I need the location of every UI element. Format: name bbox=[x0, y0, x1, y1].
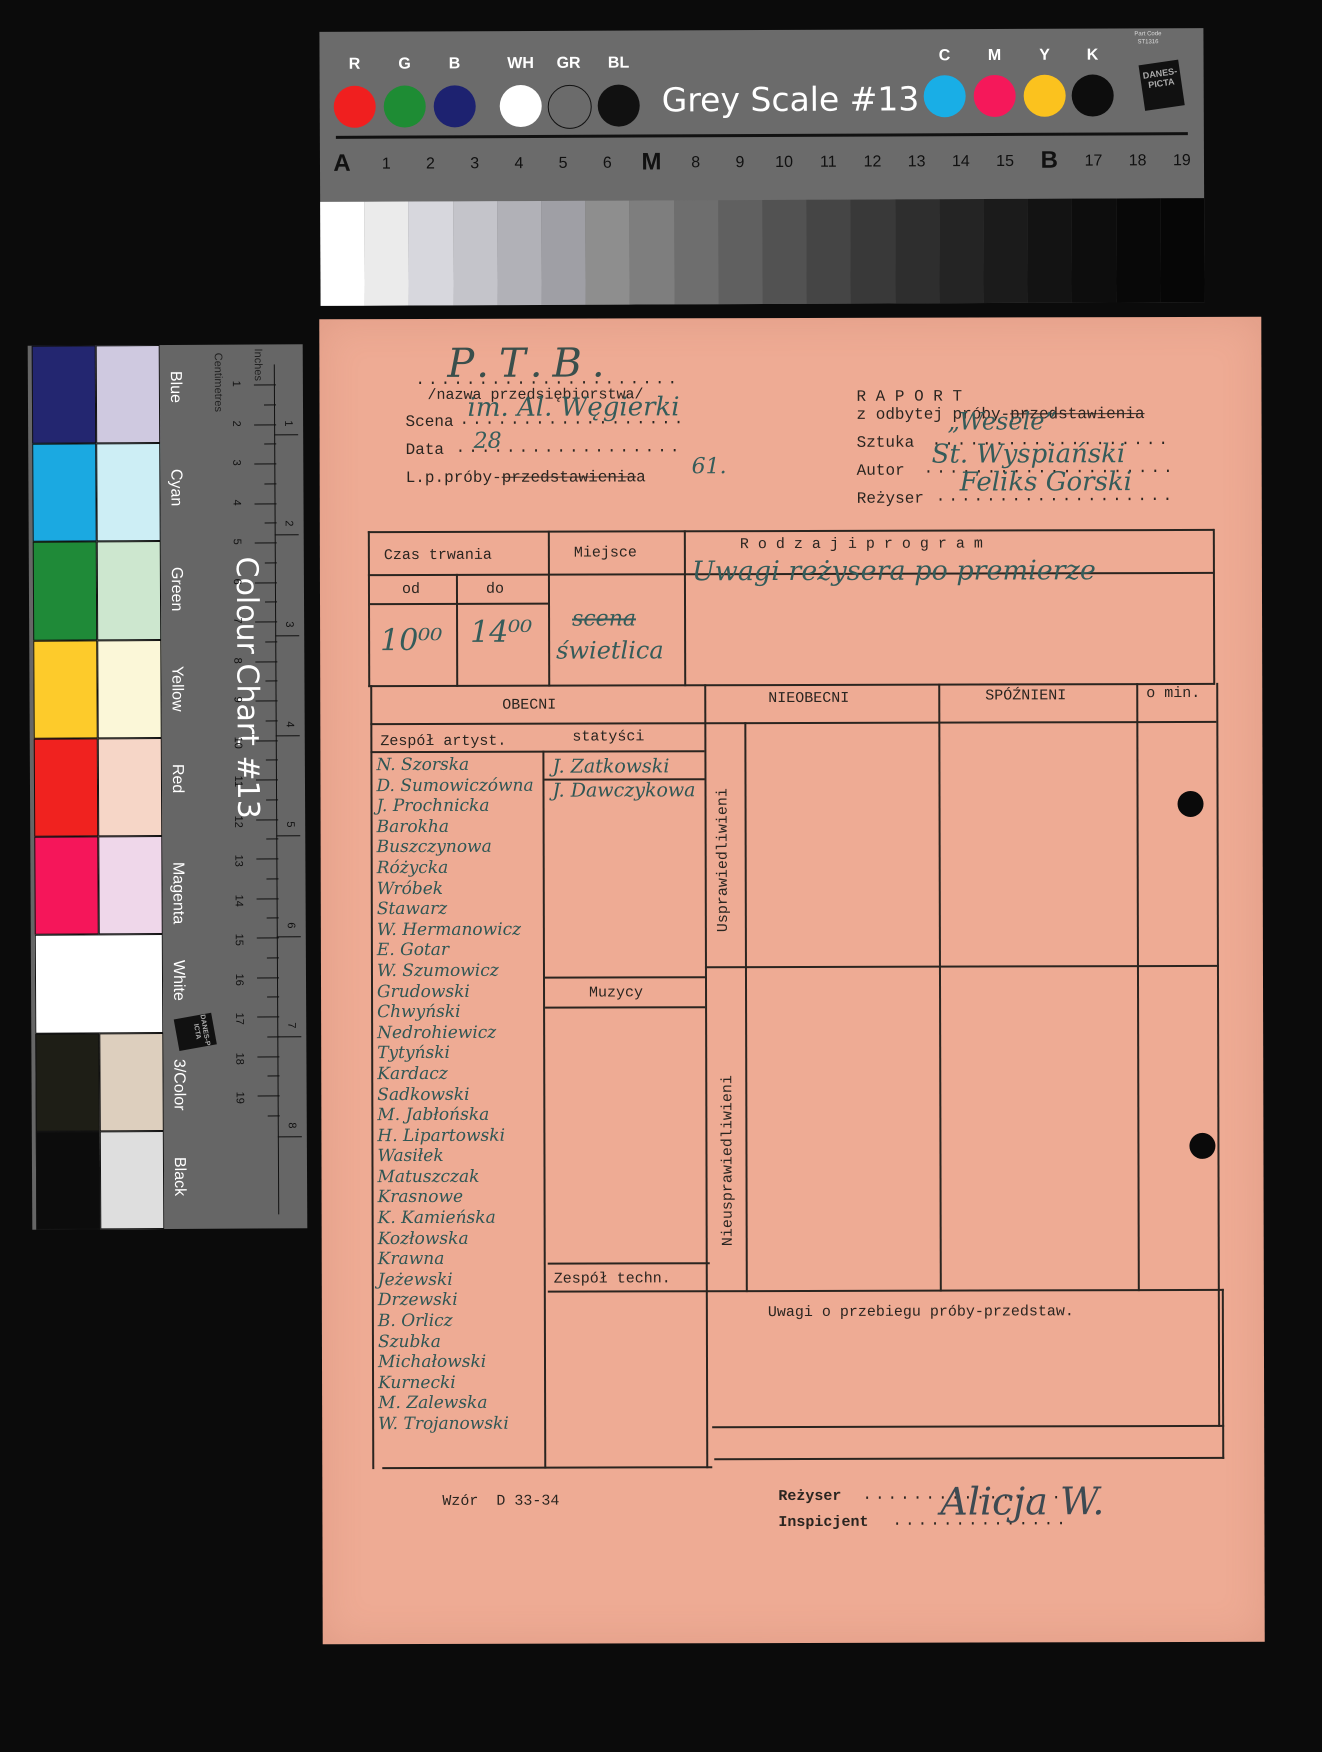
artist-name: Sadkowski bbox=[377, 1084, 534, 1105]
grey-step-label: 19 bbox=[1162, 152, 1202, 170]
rule bbox=[368, 683, 1214, 687]
artist-name: Matuszczak bbox=[377, 1167, 534, 1188]
artist-name: D. Sumowiczówna bbox=[376, 775, 533, 796]
footer-inspicjent-label: Inspicjent bbox=[778, 1514, 868, 1531]
color-swatch bbox=[334, 86, 376, 128]
statysci-header: statyści bbox=[572, 728, 644, 745]
color-swatch bbox=[1072, 74, 1114, 116]
rule bbox=[938, 684, 942, 1292]
rule bbox=[704, 684, 708, 1468]
data-value: 28 bbox=[474, 429, 502, 454]
grey-step-label: 6 bbox=[587, 155, 627, 173]
muzycy-header: Muzycy bbox=[589, 984, 643, 1001]
grey-step-label: 5 bbox=[543, 155, 583, 173]
ruler-unit-inches: Inches bbox=[252, 348, 264, 380]
colour-label: 3/Color bbox=[169, 1058, 187, 1110]
scena-label: Scena bbox=[406, 413, 454, 431]
grey-step bbox=[320, 202, 365, 306]
rule bbox=[382, 1466, 712, 1469]
colour-patch-red-tint bbox=[98, 738, 163, 837]
cm-mark: 13 bbox=[232, 855, 244, 867]
grey-step-label: 8 bbox=[676, 154, 716, 172]
grey-scale-strip bbox=[320, 198, 1204, 306]
cm-mark: 14 bbox=[233, 894, 245, 906]
colour-patch-yellow bbox=[33, 640, 98, 739]
colour-label: White bbox=[169, 960, 187, 1001]
colour-patch-yellow-tint bbox=[97, 640, 162, 739]
artist-name: Jeżewski bbox=[378, 1270, 535, 1291]
artist-name: H. Lipartowski bbox=[377, 1125, 534, 1146]
part-code: Part Code ST1316 bbox=[1134, 30, 1161, 46]
artist-name: Kozłowska bbox=[378, 1228, 535, 1249]
data-label: Data bbox=[406, 441, 444, 459]
color-swatch bbox=[1024, 75, 1066, 117]
nieobecni-header: NIEOBECNI bbox=[768, 690, 849, 707]
colour-patch-cyan bbox=[32, 444, 97, 543]
cm-mark: 12 bbox=[232, 815, 244, 827]
sztuka-value: „Wesele” bbox=[948, 407, 1057, 435]
artist-name: Krasnowe bbox=[378, 1187, 535, 1208]
colour-label: Blue bbox=[166, 371, 184, 403]
swatch-label: R bbox=[333, 56, 377, 74]
inch-mark: 5 bbox=[284, 822, 296, 828]
grey-step bbox=[409, 201, 454, 305]
grey-step-label: 3 bbox=[455, 155, 495, 173]
colour-patch-3-color-tint bbox=[99, 1033, 164, 1132]
grey-step-label: 4 bbox=[499, 155, 539, 173]
artist-name: Buszczynowa bbox=[377, 837, 534, 858]
inch-mark: 7 bbox=[285, 1022, 297, 1028]
miejsce-struck: scena bbox=[572, 606, 636, 631]
artist-name: Drzewski bbox=[378, 1290, 535, 1311]
swatch-label: C bbox=[922, 47, 966, 65]
grey-step-label: 14 bbox=[941, 153, 981, 171]
sztuka-label: Sztuka bbox=[857, 434, 915, 452]
grey-step bbox=[895, 199, 940, 303]
grey-step-label: M bbox=[631, 148, 671, 176]
colour-patch-white bbox=[35, 934, 164, 1033]
brand-logo: DANES-PICTA bbox=[1139, 60, 1185, 111]
grey-step bbox=[806, 200, 851, 304]
colour-patch-black bbox=[36, 1131, 101, 1230]
grey-step bbox=[718, 200, 763, 304]
swatch-label: G bbox=[383, 55, 427, 73]
artist-name: Szubka bbox=[378, 1331, 535, 1352]
rule bbox=[456, 574, 458, 687]
rule bbox=[705, 965, 1219, 968]
artist-name: M. Zalewska bbox=[378, 1393, 535, 1414]
artist-name: Chwyński bbox=[377, 1002, 534, 1023]
grey-scale-title: Grey Scale #13 bbox=[662, 79, 920, 119]
rezyser-value: Feliks Gorski bbox=[960, 467, 1132, 497]
artist-name: J. Prochnicka bbox=[377, 796, 534, 817]
extra-name: J. Dawczykowa bbox=[552, 778, 695, 802]
rule bbox=[368, 531, 370, 687]
rule bbox=[370, 721, 1216, 725]
scena-value: im. Al. Węgierki bbox=[467, 392, 679, 423]
grey-step-label: 18 bbox=[1118, 152, 1158, 170]
divider bbox=[336, 132, 1188, 139]
cm-mark: 1 bbox=[230, 381, 242, 387]
czas-trwania-header: Czas trwania bbox=[384, 547, 492, 564]
grey-step bbox=[939, 199, 984, 303]
artist-name: Krawna bbox=[378, 1249, 535, 1270]
grey-step bbox=[762, 200, 807, 304]
colour-patch-red bbox=[34, 738, 99, 837]
artist-name: W. Szumowicz bbox=[377, 961, 534, 982]
cm-mark: 6 bbox=[231, 578, 243, 584]
form-code: Wzór D 33-34 bbox=[442, 1493, 559, 1510]
grey-step-label: 1 bbox=[366, 156, 406, 174]
od-value: 10⁰⁰ bbox=[380, 623, 442, 658]
o-min-header: o min. bbox=[1146, 685, 1200, 702]
artist-name: W. Hermanowicz bbox=[377, 919, 534, 940]
rule bbox=[370, 750, 704, 753]
colour-patch-blue bbox=[32, 345, 97, 444]
grey-step-label: 9 bbox=[720, 154, 760, 172]
cm-mark: 15 bbox=[233, 934, 245, 946]
rule bbox=[545, 1006, 705, 1008]
grey-step-label: 2 bbox=[410, 155, 450, 173]
grey-step bbox=[983, 199, 1028, 303]
inch-mark: 4 bbox=[284, 721, 296, 727]
grey-step-label: 10 bbox=[764, 154, 804, 172]
swatch-label: BL bbox=[597, 55, 641, 73]
cm-mark: 3 bbox=[230, 460, 242, 466]
colour-patch-cyan-tint bbox=[96, 443, 161, 542]
rule bbox=[548, 1262, 710, 1264]
rodzaj-header: R o d z a j i p r o g r a m bbox=[740, 535, 983, 553]
autor-label: Autor bbox=[857, 462, 905, 480]
footer-signature: Alicja W. bbox=[940, 1479, 1104, 1523]
cm-mark: 16 bbox=[233, 973, 245, 985]
grey-step-label: 12 bbox=[852, 153, 892, 171]
rule bbox=[712, 1425, 1224, 1428]
extra-name: J. Zatkowski bbox=[552, 754, 695, 778]
inch-mark: 8 bbox=[286, 1122, 298, 1128]
rule bbox=[1222, 1289, 1224, 1459]
color-swatch bbox=[500, 85, 542, 127]
report-title: R A P O R T bbox=[856, 388, 962, 406]
swatch-label: K bbox=[1070, 46, 1114, 64]
spoznieni-header: SPÓŹNIENI bbox=[985, 687, 1066, 704]
artist-name: M. Jabłońska bbox=[377, 1105, 534, 1126]
colour-patch-3-color bbox=[35, 1033, 100, 1132]
artist-name: Kardacz bbox=[377, 1064, 534, 1085]
punch-hole bbox=[1189, 1133, 1215, 1159]
grey-step bbox=[453, 201, 498, 305]
grey-step bbox=[1027, 199, 1072, 303]
grey-step-label: A bbox=[322, 150, 362, 178]
colour-patch-green-tint bbox=[97, 541, 162, 640]
colour-label: Green bbox=[167, 567, 185, 612]
inch-mark: 1 bbox=[282, 420, 294, 426]
rule bbox=[1136, 683, 1140, 1291]
colour-chart-card: BlueCyanGreenYellowRedMagentaWhite3/Colo… bbox=[28, 344, 308, 1229]
ruler-line bbox=[274, 364, 279, 1214]
grey-step-label: B bbox=[1029, 147, 1069, 175]
zespol-artyst-header: Zespół artyst. bbox=[380, 733, 506, 750]
artist-name: Tytyński bbox=[377, 1043, 534, 1064]
rule bbox=[370, 685, 374, 1469]
cm-mark: 10 bbox=[232, 736, 244, 748]
do-value: 14⁰⁰ bbox=[470, 615, 532, 650]
report-form: P.T.B. ............................... /… bbox=[319, 317, 1264, 1644]
colour-label: Yellow bbox=[167, 666, 185, 712]
usprawiedliwieni-label: Usprawiedliwieni bbox=[714, 788, 731, 932]
color-swatch bbox=[384, 85, 426, 127]
grey-step-label: 17 bbox=[1073, 152, 1113, 170]
colour-patch-magenta-tint bbox=[98, 836, 163, 935]
artists-list: N. SzorskaD. SumowiczównaJ. ProchnickaBa… bbox=[376, 755, 535, 1435]
color-swatch bbox=[548, 85, 592, 129]
cm-mark: 5 bbox=[231, 539, 243, 545]
cm-mark: 9 bbox=[232, 697, 244, 703]
rule bbox=[368, 529, 1214, 533]
lp-label: L.p.próby-przedstawieniaa bbox=[406, 468, 646, 487]
rezyser-label: Reżyser bbox=[857, 490, 924, 508]
rule bbox=[744, 722, 747, 1292]
grey-step bbox=[1072, 198, 1117, 302]
grey-step-label: 13 bbox=[897, 153, 937, 171]
grey-step bbox=[1160, 198, 1205, 302]
grey-step bbox=[585, 201, 630, 305]
nieusprawiedliwieni-label: Nieusprawiedliwieni bbox=[719, 1075, 736, 1246]
colour-label: Red bbox=[168, 764, 186, 793]
artist-name: K. Kamieńska bbox=[378, 1208, 535, 1229]
color-swatch bbox=[974, 75, 1016, 117]
swatch-label: WH bbox=[499, 55, 543, 73]
cm-mark: 8 bbox=[231, 657, 243, 663]
zespol-techn-header: Zespół techn. bbox=[554, 1270, 671, 1287]
grey-step bbox=[497, 201, 542, 305]
swatch-label: Y bbox=[1022, 47, 1066, 65]
cm-mark: 19 bbox=[234, 1092, 246, 1104]
cm-mark: 7 bbox=[231, 618, 243, 624]
colour-patch-black-tint bbox=[100, 1131, 165, 1230]
artist-name: Michałowski bbox=[378, 1352, 535, 1373]
rule bbox=[548, 531, 550, 687]
swatch-label: M bbox=[972, 47, 1016, 65]
artist-name: W. Trojanowski bbox=[378, 1414, 535, 1435]
obecni-header: OBECNI bbox=[502, 697, 556, 714]
colour-label: Black bbox=[170, 1157, 188, 1196]
ruler-unit-cm: Centimetres bbox=[212, 353, 224, 412]
swatch-label: B bbox=[433, 55, 477, 73]
artist-name: E. Gotar bbox=[377, 940, 534, 961]
cm-mark: 11 bbox=[232, 776, 244, 787]
artist-name: Różycka bbox=[377, 858, 534, 879]
color-swatch bbox=[434, 85, 476, 127]
inch-mark: 2 bbox=[283, 521, 295, 527]
grey-step bbox=[364, 202, 409, 306]
do-header: do bbox=[486, 581, 504, 598]
grey-step bbox=[674, 200, 719, 304]
rule bbox=[542, 751, 546, 1469]
colour-patch-blue-tint bbox=[96, 345, 161, 444]
footer-rezyser-label: Reżyser bbox=[778, 1488, 841, 1505]
artist-name: Nedrohiewicz bbox=[377, 1022, 534, 1043]
inch-mark: 3 bbox=[283, 621, 295, 627]
rule bbox=[1216, 683, 1220, 1427]
cm-mark: 2 bbox=[230, 420, 242, 426]
swatch-label: GR bbox=[547, 55, 591, 73]
od-header: od bbox=[402, 581, 420, 598]
artist-name: N. Szorska bbox=[376, 755, 533, 776]
artist-name: B. Orlicz bbox=[378, 1311, 535, 1332]
lp-value: 61. bbox=[692, 454, 727, 479]
grey-step-label: 11 bbox=[808, 154, 848, 172]
inch-mark: 6 bbox=[285, 922, 297, 928]
cm-mark: 17 bbox=[233, 1013, 245, 1025]
colour-label: Cyan bbox=[166, 469, 184, 506]
miejsce-value: świetlica bbox=[556, 636, 664, 664]
colour-patch-magenta bbox=[34, 836, 99, 935]
colour-label: Magenta bbox=[168, 862, 186, 924]
artist-name: Stawarz bbox=[377, 899, 534, 920]
grey-step bbox=[851, 199, 896, 303]
color-swatch bbox=[598, 85, 640, 127]
autor-value: St. Wyspiański bbox=[932, 439, 1126, 470]
cm-mark: 18 bbox=[233, 1052, 245, 1064]
grey-step bbox=[1116, 198, 1161, 302]
color-swatch bbox=[924, 75, 966, 117]
artist-name: Kurnecki bbox=[378, 1372, 535, 1393]
artist-name: Wróbek bbox=[377, 878, 534, 899]
rule bbox=[714, 1457, 1224, 1460]
grey-step-label: 15 bbox=[985, 153, 1025, 171]
artist-name: Wasiłek bbox=[377, 1146, 534, 1167]
grey-step bbox=[630, 200, 675, 304]
rule bbox=[1213, 529, 1215, 685]
grey-step bbox=[541, 201, 586, 305]
rodzaj-value: Uwagi reżysera po premierze bbox=[692, 555, 1096, 587]
statysci-list: J. ZatkowskiJ. Dawczykowa bbox=[552, 754, 695, 802]
artist-name: Barokha bbox=[377, 816, 534, 837]
cm-mark: 4 bbox=[230, 499, 242, 505]
colour-patch-green bbox=[33, 542, 98, 641]
brand-logo: DANES-PICTA bbox=[174, 1013, 217, 1051]
artist-name: Grudowski bbox=[377, 981, 534, 1002]
grey-scale-card: RGBWHGRBLCMYK Grey Scale #13 Part Code S… bbox=[319, 28, 1204, 306]
uwagi-label: Uwagi o przebiegu próby-przedstaw. bbox=[768, 1303, 1074, 1321]
punch-hole bbox=[1178, 791, 1204, 817]
rule bbox=[548, 1289, 1224, 1293]
miejsce-header: Miejsce bbox=[574, 544, 637, 561]
rule bbox=[545, 976, 705, 978]
rule bbox=[684, 530, 686, 686]
